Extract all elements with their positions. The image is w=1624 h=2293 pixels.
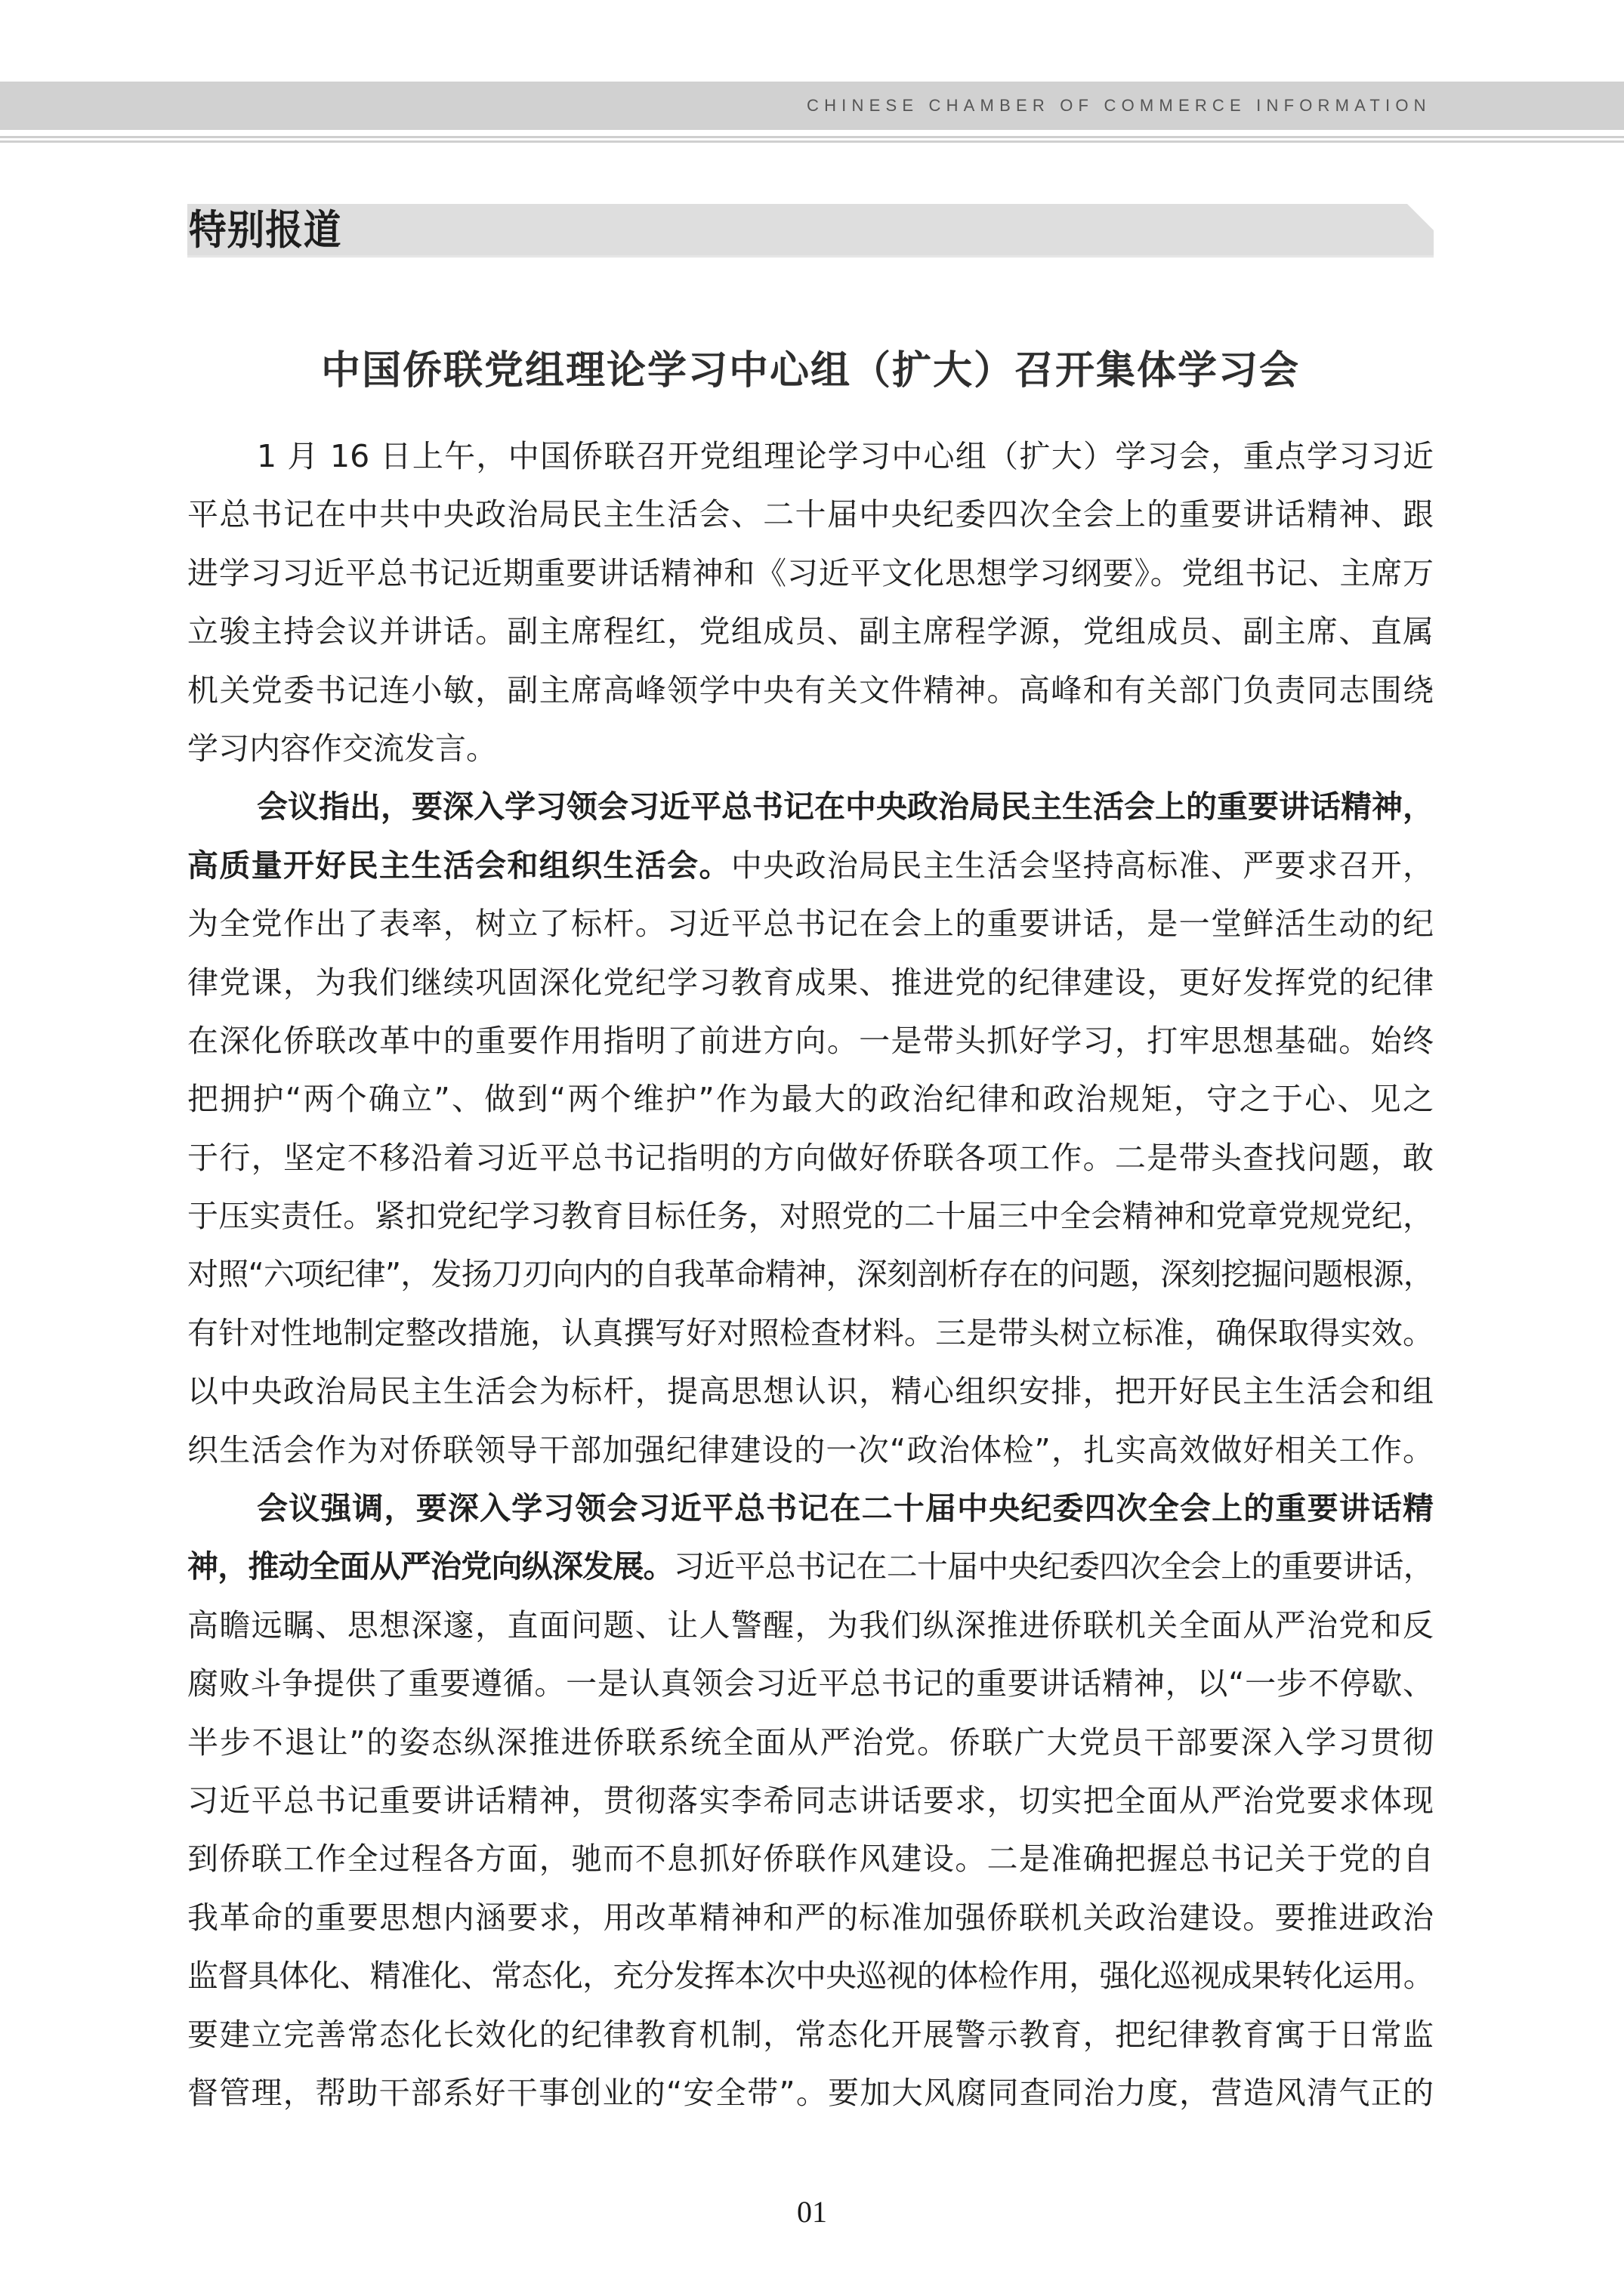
body-line: 机关党委书记连小敏，副主席高峰领学中央有关文件精神。高峰和有关部门负责同志围绕: [187, 671, 1434, 729]
header-divider: [0, 140, 1624, 143]
body-line: 高瞻远瞩、思想深邃，直面问题、让人警醒，为我们纵深推进侨联机关全面从严治党和反: [187, 1606, 1434, 1664]
body-line: 于行，坚定不移沿着习近平总书记指明的方向做好侨联各项工作。二是带头查找问题，敢: [187, 1138, 1434, 1196]
body-line: 会议指出，要深入学习领会习近平总书记在中央政治局民主生活会上的重要讲话精神，: [187, 787, 1434, 845]
body-line: 有针对性地制定整改措施，认真撰写好对照检查材料。三是带头树立标准，确保取得实效。: [187, 1313, 1434, 1372]
body-line: 神，推动全面从严治党向纵深发展。习近平总书记在二十届中央纪委四次全会上的重要讲话…: [187, 1547, 1434, 1605]
body-line: 要建立完善常态化长效化的纪律教育机制，常态化开展警示教育，把纪律教育寓于日常监: [187, 2015, 1434, 2073]
section-banner: [187, 204, 1434, 257]
section-banner-underline: [187, 255, 1434, 258]
body-line: 1 月 16 日上午，中国侨联召开党组理论学习中心组（扩大）学习会，重点学习习近: [187, 437, 1434, 495]
body-line: 会议强调，要深入学习领会习近平总书记在二十届中央纪委四次全会上的重要讲话精: [187, 1489, 1434, 1547]
header-divider: [0, 136, 1624, 138]
section-title: 特别报道: [189, 204, 341, 255]
body-line: 在深化侨联改革中的重要作用指明了前进方向。一是带头抓好学习，打牢思想基础。始终: [187, 1021, 1434, 1079]
publication-name: CHINESE CHAMBER OF COMMERCE INFORMATION: [807, 96, 1431, 116]
body-line: 我革命的重要思想内涵要求，用改革精神和严的标准加强侨联机关政治建设。要推进政治: [187, 1898, 1434, 1956]
article-body: 1 月 16 日上午，中国侨联召开党组理论学习中心组（扩大）学习会，重点学习习近…: [187, 437, 1434, 2131]
body-line: 律党课，为我们继续巩固深化党纪学习教育成果、推进党的纪律建设，更好发挥党的纪律: [187, 963, 1434, 1021]
article-title: 中国侨联党组理论学习中心组（扩大）召开集体学习会: [187, 338, 1434, 395]
body-line: 监督具体化、精准化、常态化，充分发挥本次中央巡视的体检作用，强化巡视成果转化运用…: [187, 1956, 1434, 2014]
body-line: 进学习习近平总书记近期重要讲话精神和《习近平文化思想学习纲要》。党组书记、主席万: [187, 554, 1434, 612]
page-number: 01: [0, 2194, 1624, 2230]
body-line: 为全党作出了表率，树立了标杆。习近平总书记在会上的重要讲话，是一堂鲜活生动的纪: [187, 904, 1434, 962]
body-line: 半步不退让”的姿态纵深推进侨联系统全面从严治党。侨联广大党员干部要深入学习贯彻: [187, 1723, 1434, 1781]
body-line: 织生活会作为对侨联领导干部加强纪律建设的一次“政治体检”，扎实高效做好相关工作。: [187, 1430, 1434, 1489]
body-line: 习近平总书记重要讲话精神，贯彻落实李希同志讲话要求，切实把全面从严治党要求体现: [187, 1781, 1434, 1839]
body-line: 对照“六项纪律”，发扬刀刃向内的自我革命精神，深刻剖析存在的问题，深刻挖掘问题根…: [187, 1255, 1434, 1313]
body-line: 平总书记在中共中央政治局民主生活会、二十届中央纪委四次全会上的重要讲话精神、跟: [187, 495, 1434, 553]
body-line: 高质量开好民主生活会和组织生活会。中央政治局民主生活会坚持高标准、严要求召开，: [187, 846, 1434, 904]
body-line: 以中央政治局民主生活会为标杆，提高思想认识，精心组织安排，把开好民主生活会和组: [187, 1372, 1434, 1430]
body-line: 督管理，帮助干部系好干事创业的“安全带”。要加大风腐同查同治力度，营造风清气正的: [187, 2073, 1434, 2131]
body-line: 到侨联工作全过程各方面，驰而不息抓好侨联作风建设。二是准确把握总书记关于党的自: [187, 1839, 1434, 1897]
body-line: 把拥护“两个确立”、做到“两个维护”作为最大的政治纪律和政治规矩，守之于心、见之: [187, 1079, 1434, 1137]
body-line: 学习内容作交流发言。: [187, 729, 1434, 787]
body-line: 立骏主持会议并讲话。副主席程红，党组成员、副主席程学源，党组成员、副主席、直属: [187, 612, 1434, 670]
body-line: 于压实责任。紧扣党纪学习教育目标任务，对照党的二十届三中全会精神和党章党规党纪，: [187, 1196, 1434, 1255]
body-line: 腐败斗争提供了重要遵循。一是认真领会习近平总书记的重要讲话精神，以“一步不停歇、: [187, 1664, 1434, 1722]
